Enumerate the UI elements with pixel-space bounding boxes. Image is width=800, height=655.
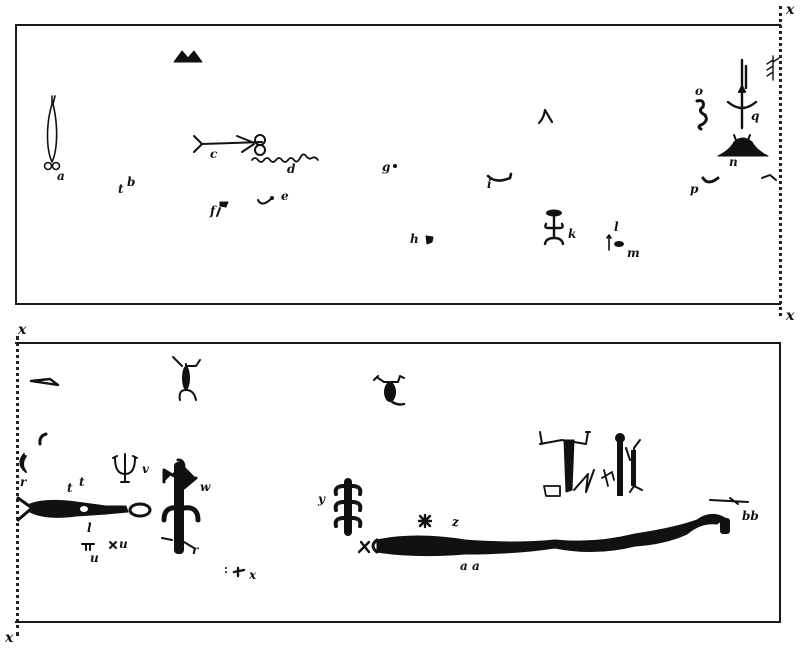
label-i: i bbox=[487, 178, 492, 190]
glyph-f-mark bbox=[214, 198, 232, 218]
lower-panel-cut-line bbox=[16, 336, 19, 636]
glyph-g-dot bbox=[392, 163, 398, 169]
glyph-fish bbox=[16, 492, 154, 526]
label-l: l bbox=[614, 221, 619, 233]
glyph-aa-serpent bbox=[355, 504, 755, 574]
glyph-t-hook bbox=[36, 432, 50, 446]
label-o: o bbox=[695, 85, 703, 97]
glyph-b-mark: t bbox=[118, 183, 124, 195]
label-bb: bb bbox=[742, 510, 759, 522]
glyph-v-trident bbox=[111, 452, 141, 488]
label-t-2: t bbox=[79, 476, 85, 488]
edge-marker-x-lower-top: x bbox=[18, 322, 26, 338]
glyph-lizard-figure-1 bbox=[170, 354, 204, 404]
label-e: e bbox=[281, 190, 289, 202]
label-y: y bbox=[318, 493, 325, 505]
label-n: n bbox=[729, 156, 738, 168]
glyph-k-figure bbox=[540, 208, 570, 246]
label-a: a bbox=[57, 170, 65, 182]
label-x: x bbox=[249, 569, 256, 581]
label-aa: a a bbox=[460, 560, 480, 572]
glyph-wedge bbox=[28, 376, 62, 390]
glyph-h-blob bbox=[423, 234, 437, 246]
glyph-lambda bbox=[536, 108, 556, 126]
label-w: w bbox=[200, 481, 210, 493]
label-v: v bbox=[142, 463, 149, 475]
label-u: u bbox=[90, 552, 99, 564]
edge-marker-x-upper-top: x bbox=[786, 2, 794, 18]
glyph-u-mark-2 bbox=[108, 540, 118, 550]
glyph-n-mound bbox=[716, 134, 770, 160]
label-h: h bbox=[410, 233, 419, 245]
glyph-sprig bbox=[763, 54, 783, 82]
label-r: r bbox=[20, 476, 26, 488]
edge-marker-x-lower-bottom: x bbox=[5, 630, 13, 646]
glyph-x-mark bbox=[224, 564, 248, 578]
upper-panel bbox=[15, 24, 781, 305]
label-q: q bbox=[751, 110, 759, 122]
label-r-2: r bbox=[192, 544, 198, 556]
label-b: b bbox=[127, 176, 135, 188]
label-d: d bbox=[287, 163, 295, 175]
glyph-mountain bbox=[172, 48, 206, 64]
label-l-2: l bbox=[87, 522, 92, 534]
label-k: k bbox=[568, 228, 576, 240]
glyph-edge-tick bbox=[760, 172, 780, 182]
glyph-o-snake bbox=[693, 97, 713, 131]
glyph-bb-arrow bbox=[708, 494, 752, 508]
label-c: c bbox=[210, 148, 217, 160]
label-m: m bbox=[627, 247, 640, 259]
glyph-e-hook bbox=[256, 192, 278, 208]
glyph-figure-group bbox=[538, 430, 668, 500]
glyph-a-loop-figure bbox=[40, 94, 70, 174]
label-p: p bbox=[690, 183, 698, 195]
glyph-d-wave bbox=[250, 150, 320, 166]
label-g: g bbox=[382, 161, 390, 173]
glyph-lizard-figure-2 bbox=[370, 372, 410, 412]
glyph-p-mark bbox=[700, 174, 722, 188]
upper-panel-cut-line bbox=[779, 6, 782, 316]
label-u-2: u bbox=[119, 538, 128, 550]
label-f: f bbox=[210, 205, 215, 217]
edge-marker-x-upper-bottom: x bbox=[786, 308, 794, 324]
